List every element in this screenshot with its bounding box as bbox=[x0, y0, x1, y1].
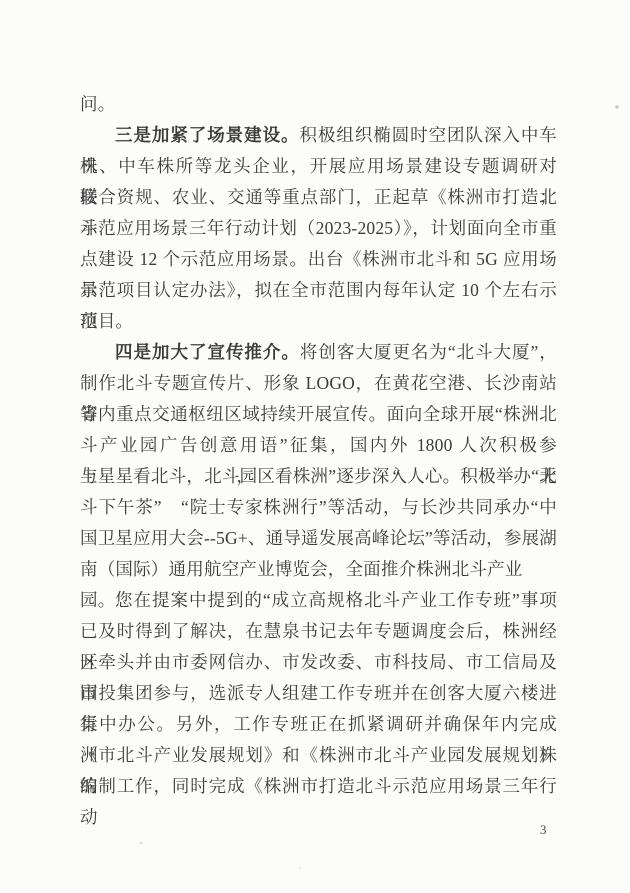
text-line: 斗产业园广告创意用语”征集，国内外 1800 人次积极参与，“天 bbox=[80, 430, 557, 461]
text-line: 国卫星应用大会--5G+、通导遥发展高峰论坛”等活动，参展湖 bbox=[80, 523, 557, 554]
text-line: 南（国际）通用航空产业博览会，全面推介株洲北斗产业园。 bbox=[80, 554, 557, 585]
text-line: 点建设 12 个示范应用场景。出台《株洲市北斗和 5G 应用场景 bbox=[80, 244, 557, 275]
text-line: 已及时得到了解决，在慧泉书记去年专题调度会后，株洲经开 bbox=[80, 616, 557, 647]
body-text: 示范应用场景三年行动计划（2023-2025）》，计划面向全市重 bbox=[80, 218, 557, 238]
bold-lead-text: 三是加紧了场景建设。 bbox=[115, 125, 299, 145]
text-line: 区牵头并由市委网信办、市发改委、市科技局、市工信局及市 bbox=[80, 647, 557, 678]
text-line: 示范应用场景三年行动计划（2023-2025）》，计划面向全市重 bbox=[80, 213, 557, 244]
body-text: 您在提案中提到的“成立高规格北斗产业工作专班”事项 bbox=[115, 590, 557, 610]
body-text: 将创客大厦更名为“北斗大厦”， bbox=[300, 342, 557, 362]
body-text: 问。 bbox=[80, 94, 115, 114]
body-text: 项目。 bbox=[80, 311, 133, 331]
text-line: 问。 bbox=[80, 89, 557, 120]
body-text: 省内重点交通枢纽区域持续开展宣传。面向全球开展“株洲北 bbox=[80, 404, 557, 424]
text-line: 机、中车株所等龙头企业，开展应用场景建设专题调研对接； bbox=[80, 151, 557, 182]
text-line: 斗下午茶” “院士专家株洲行”等活动，与长沙共同承办“中 bbox=[80, 492, 557, 523]
text-line: 洲市北斗产业发展规划》和《株洲市北斗产业园发展规划》的 bbox=[80, 740, 557, 771]
text-line: 上星星看北斗，北斗园区看株洲”逐步深入人心。积极举办“北 bbox=[80, 461, 557, 492]
document-page: 问。三是加紧了场景建设。积极组织椭圆时空团队深入中车株机、中车株所等龙头企业，开… bbox=[0, 0, 630, 893]
text-line: 省内重点交通枢纽区域持续开展宣传。面向全球开展“株洲北 bbox=[80, 399, 557, 430]
page-number: 3 bbox=[540, 822, 547, 838]
text-line: 编制工作，同时完成《株洲市打造北斗示范应用场景三年行动 bbox=[80, 771, 557, 802]
body-text: 国卫星应用大会--5G+、通导遥发展高峰论坛”等活动，参展湖 bbox=[80, 528, 557, 548]
body-text: 斗下午茶” “院士专家株洲行”等活动，与长沙共同承办“中 bbox=[80, 497, 557, 517]
text-line: 项目。 bbox=[80, 306, 557, 337]
text-line: 制作北斗专题宣传片、形象 LOGO，在黄花空港、长沙南站等 bbox=[80, 368, 557, 399]
bold-lead-text: 四是加大了宣传推介。 bbox=[115, 342, 300, 362]
text-line: 您在提案中提到的“成立高规格北斗产业工作专班”事项 bbox=[80, 585, 557, 616]
body-text: 上星星看北斗，北斗园区看株洲”逐步深入人心。积极举办“北 bbox=[80, 466, 557, 486]
text-line: 国投集团参与，选派专人组建工作专班并在创客大厦六楼进行 bbox=[80, 678, 557, 709]
body-text: 编制工作，同时完成《株洲市打造北斗示范应用场景三年行动 bbox=[80, 776, 557, 827]
text-line: 联合资规、农业、交通等重点部门，正起草《株洲市打造北斗 bbox=[80, 182, 557, 213]
document-lines: 问。三是加紧了场景建设。积极组织椭圆时空团队深入中车株机、中车株所等龙头企业，开… bbox=[80, 89, 557, 802]
text-line: 四是加大了宣传推介。将创客大厦更名为“北斗大厦”， bbox=[80, 337, 557, 368]
text-line: 集中办公。另外，工作专班正在抓紧调研并确保年内完成《株 bbox=[80, 709, 557, 740]
text-line: 三是加紧了场景建设。积极组织椭圆时空团队深入中车株 bbox=[80, 120, 557, 151]
text-line: 示范项目认定办法》，拟在全市范围内每年认定 10 个左右示范 bbox=[80, 275, 557, 306]
